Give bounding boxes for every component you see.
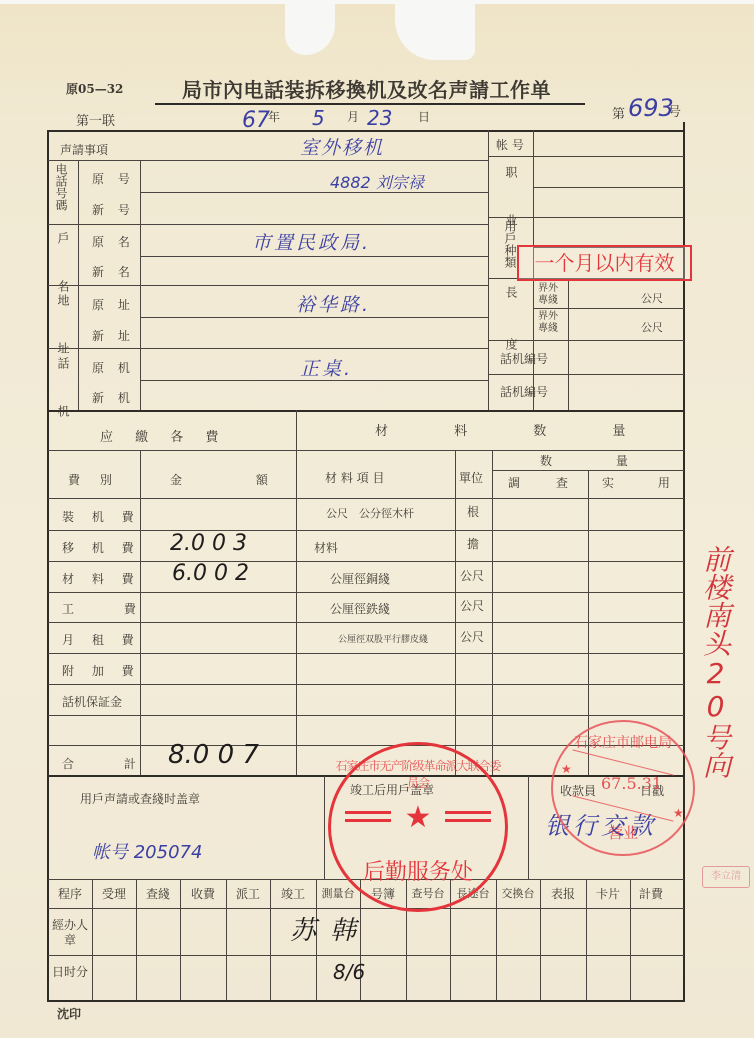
survey-header: 調 查 xyxy=(508,474,568,491)
date-month: 5 xyxy=(312,106,325,130)
star-icon: ★ xyxy=(673,806,684,820)
name-new-label: 新 名 xyxy=(92,263,130,280)
item-label: 声請事項 xyxy=(60,141,108,158)
applicant-seal-label: 用戶声請或查綫时盖章 xyxy=(80,790,200,807)
time-row-label: 日时分 xyxy=(50,965,90,980)
process-header: 收費 xyxy=(180,880,226,908)
length-unit-1: 公尺 xyxy=(641,290,663,306)
amount-header: 金 額 xyxy=(170,471,268,488)
day-label: 日 xyxy=(418,108,430,125)
address-old-label: 原 址 xyxy=(92,296,130,313)
phone-new-label: 新 号 xyxy=(92,201,130,218)
unit-header: 單位 xyxy=(459,469,483,486)
material-unit: 公尺 xyxy=(460,628,484,645)
postal-stamp-date: 67.5.31 xyxy=(601,774,662,793)
material-unit: 公尺 xyxy=(460,567,484,584)
month-label: 月 xyxy=(347,108,359,125)
set-new-label: 新 机 xyxy=(92,389,130,406)
material-unit: 根 xyxy=(467,503,479,520)
fee-row-label: 裝 机 費 xyxy=(62,508,134,525)
star-icon: ★ xyxy=(331,803,505,833)
total-label: 合 計 xyxy=(62,755,136,772)
account-label: 帐 号 xyxy=(496,136,524,153)
date-day: 23 xyxy=(367,106,392,130)
material-item: 公厘徑鉄綫 xyxy=(330,600,390,617)
form-title: 局市內电話装拆移換机及改名声請工作单 xyxy=(182,74,551,103)
process-header: 表报 xyxy=(540,880,586,908)
length-unit-2: 公尺 xyxy=(641,319,663,335)
set-old-label: 原 机 xyxy=(92,359,130,376)
table-top-border xyxy=(47,130,684,132)
document-paper: 原05—32 局市內电話装拆移換机及改名声請工作单 第一联 67 年 5 月 2… xyxy=(0,0,754,1038)
address-new-field[interactable] xyxy=(145,321,483,345)
table-bottom-border xyxy=(47,1000,685,1002)
set-number-label-2: 話机編号 xyxy=(500,383,548,400)
address-old-value: 裕华路. xyxy=(296,290,371,317)
phone-old-label: 原 号 xyxy=(92,170,130,187)
item-value: 室外移机 xyxy=(300,133,384,160)
completion-handler-sign: 苏 xyxy=(290,910,316,947)
handler-seal-row-label: 經办人章 xyxy=(50,918,90,948)
fee-row-label: 工 費 xyxy=(62,600,136,617)
address-new-label: 新 址 xyxy=(92,327,130,344)
set-number-label-1: 話机編号 xyxy=(500,350,548,367)
serial-number: 693 xyxy=(628,94,674,122)
logistics-stamp-center-text: 后勤服务处 xyxy=(331,855,505,886)
title-underline xyxy=(155,103,585,105)
length-sub-1: 界外專綫 xyxy=(538,283,566,307)
account-field[interactable] xyxy=(538,134,678,154)
validity-stamp: 一个月以内有效 xyxy=(517,245,692,281)
fee-row-amount: 2.0 0 3 xyxy=(170,531,247,556)
printer-mark: 沈印 xyxy=(57,1005,81,1022)
process-header: 派工 xyxy=(226,880,270,908)
user-type-label: 用戶种類 xyxy=(503,220,517,268)
quantity-header: 数 量 xyxy=(540,452,628,469)
fee-row-label: 月 租 費 xyxy=(62,631,134,648)
material-item-header: 材 料 項 目 xyxy=(325,469,384,486)
fees-title: 应 繳 各 費 xyxy=(100,426,218,445)
name-old-label: 原 名 xyxy=(92,233,130,250)
actual-header: 实 用 xyxy=(602,474,670,491)
fee-row-amount: 6.0 0 2 xyxy=(172,561,249,586)
process-header: 竣工 xyxy=(270,880,316,908)
small-name-stamp: 李立清 xyxy=(702,866,750,888)
applicant-seal-value: 帐号 205074 xyxy=(92,838,202,864)
material-item: 公厘徑双股平行膠皮綫 xyxy=(338,632,428,645)
postal-stamp-bottom-text: 营业 xyxy=(553,822,693,843)
name-old-value: 市置民政局. xyxy=(252,228,371,255)
postal-date-stamp: 石家庄市邮电局 67.5.31 ★ ★ 营业 xyxy=(551,720,695,856)
material-unit: 擔 xyxy=(467,535,479,552)
phone-new-field[interactable] xyxy=(145,196,483,220)
fee-row-label: 材 料 費 xyxy=(62,570,134,587)
form-code: 原05—32 xyxy=(66,80,123,97)
phone-group-label: 电話号碼 xyxy=(54,163,68,211)
set-new-field[interactable] xyxy=(145,384,483,408)
star-icon: ★ xyxy=(561,762,572,776)
margin-note: 前楼南头20号向 xyxy=(696,545,736,779)
fee-type-header: 費 別 xyxy=(68,471,112,488)
table-left-border xyxy=(47,130,49,1000)
logistics-office-stamp: 石家庄市无产阶级革命派大联合委员会 ★ 后勤服务处 xyxy=(328,742,508,912)
name-new-field[interactable] xyxy=(145,259,483,283)
fee-row-label: 附 加 費 xyxy=(62,662,134,679)
process-header: 程序 xyxy=(48,880,92,908)
measurement-handler-sign: 韩 xyxy=(330,910,356,947)
year-label: 年 xyxy=(268,108,280,125)
process-header: 計費 xyxy=(630,880,672,908)
measurement-time: 8/6 xyxy=(333,960,365,984)
logistics-stamp-ring-text: 石家庄市无产阶级革命派大联合委员会 xyxy=(331,757,505,791)
copy-label: 第一联 xyxy=(76,110,115,129)
serial-suffix: 号 xyxy=(668,101,681,120)
material-item: 公厘徑銅綫 xyxy=(330,570,390,587)
length-sub-2: 界外專綫 xyxy=(538,311,566,335)
set-old-value: 正桌. xyxy=(300,354,353,381)
total-amount: 8.0 0 7 xyxy=(168,740,259,770)
process-header: 卡片 xyxy=(586,880,630,908)
process-header: 查綫 xyxy=(136,880,180,908)
process-header: 受理 xyxy=(92,880,136,908)
materials-title: 材 料 数 量 xyxy=(375,420,625,439)
set-group-label: 話 机 xyxy=(56,357,70,433)
material-unit: 公尺 xyxy=(460,597,484,614)
material-item: 公尺 公分徑木杆 xyxy=(326,505,414,521)
fee-row-label: 移 机 費 xyxy=(62,539,134,556)
fee-row-label: 話机保証金 xyxy=(62,693,122,710)
phone-old-value: 4882 刘宗禄 xyxy=(330,170,424,193)
material-item: 材料 xyxy=(314,539,338,556)
serial-prefix: 第 xyxy=(612,103,625,122)
